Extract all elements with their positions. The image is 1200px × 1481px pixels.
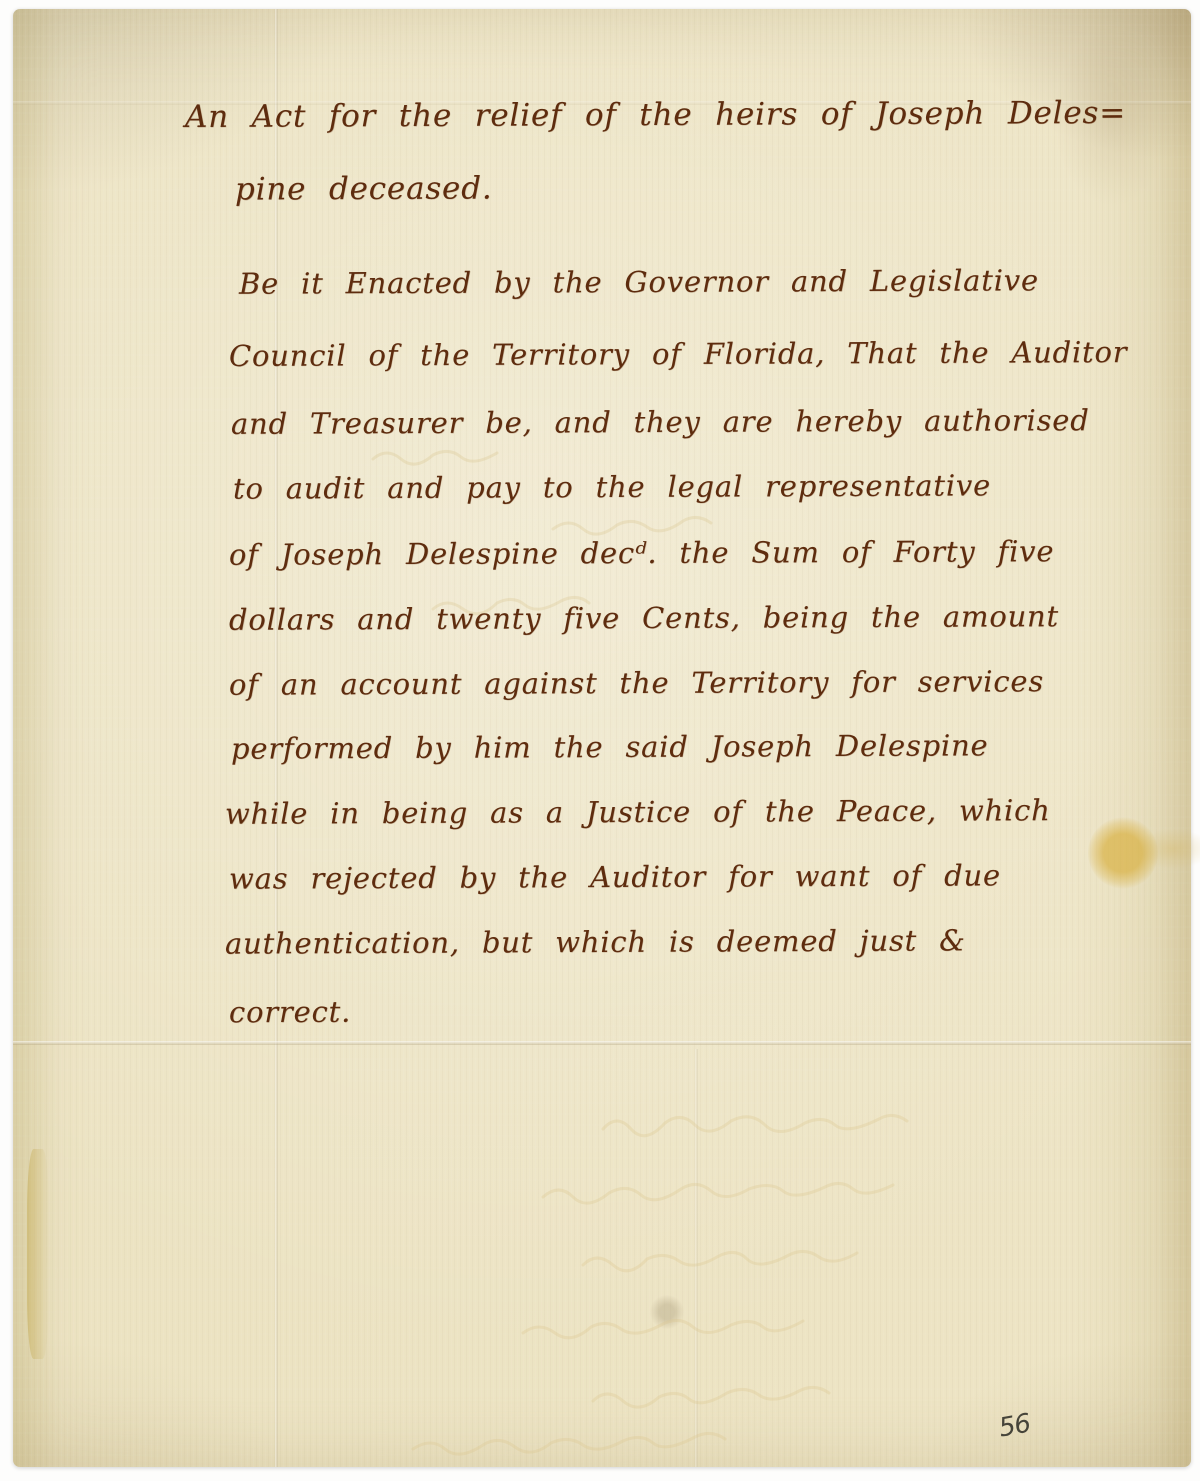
body-line: Be it Enacted by the Governor and Legisl… <box>239 263 1039 300</box>
body-line: of Joseph Delespine decᵈ. the Sum of For… <box>229 534 1054 572</box>
title-line: pine deceased. <box>235 170 493 207</box>
page-number-annotation: 56 <box>997 1409 1033 1444</box>
body-line: Council of the Territory of Florida, Tha… <box>229 335 1128 373</box>
vertical-fold-crease-lower <box>695 1049 698 1467</box>
body-line: and Treasurer be, and they are hereby au… <box>231 403 1090 441</box>
body-line: to audit and pay to the legal representa… <box>233 468 991 505</box>
body-line: of an account against the Territory for … <box>229 664 1044 702</box>
small-stain <box>649 1295 685 1329</box>
manuscript-page: An Act for the relief of the heirs of Jo… <box>13 9 1191 1467</box>
body-line: dollars and twenty five Cents, being the… <box>229 599 1059 637</box>
body-line: was rejected by the Auditor for want of … <box>229 858 1001 895</box>
ink-stain <box>1088 817 1158 889</box>
horizontal-fold-crease <box>13 1041 1191 1045</box>
body-line: while in being as a Justice of the Peace… <box>225 793 1051 831</box>
body-line: authentication, but which is deemed just… <box>225 923 966 960</box>
bleedthrough-ghost-text <box>293 1089 1173 1469</box>
title-line: An Act for the relief of the heirs of Jo… <box>185 95 1126 135</box>
body-line: correct. <box>229 995 351 1030</box>
stain-trail <box>1133 829 1200 869</box>
body-line: performed by him the said Joseph Delespi… <box>231 728 989 765</box>
edge-stain <box>27 1149 49 1359</box>
